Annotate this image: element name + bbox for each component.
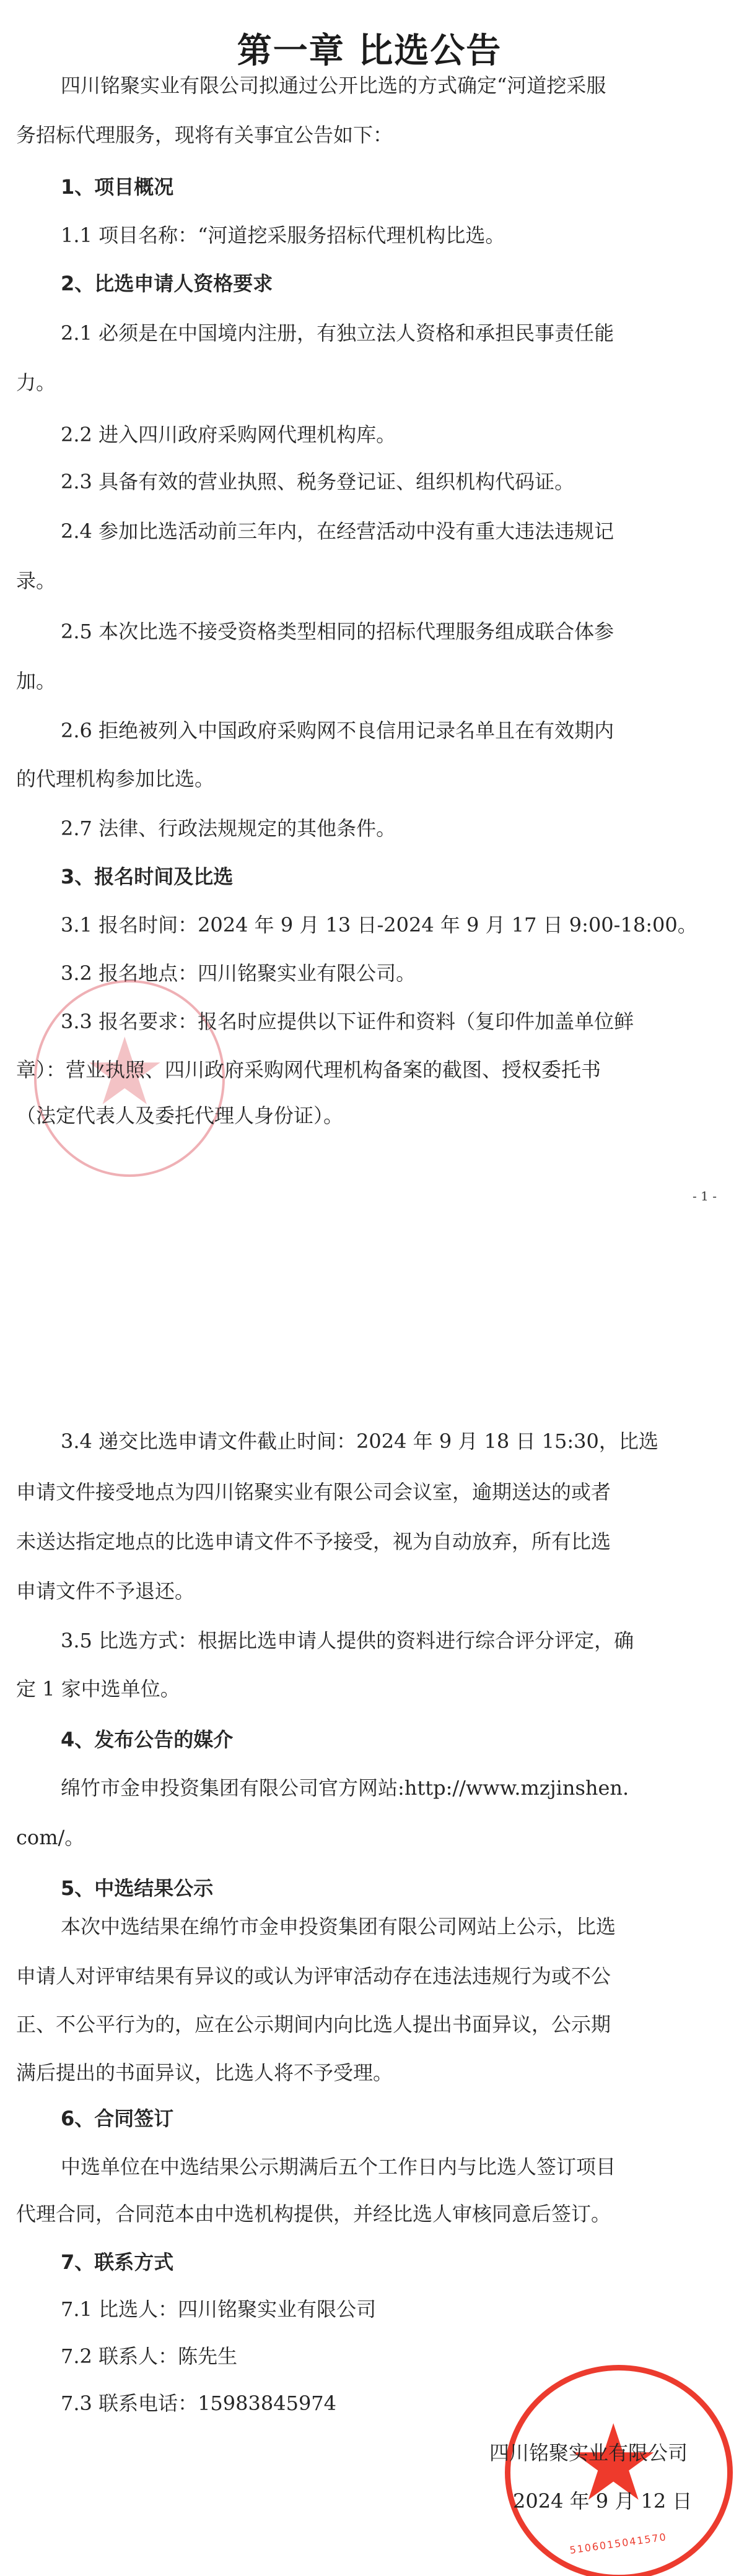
item-3-4: 3.4 递交比选申请文件截止时间：2024 年 9 月 18 日 15:30，比… [61,1429,658,1454]
section-heading-3: 3、报名时间及比选 [61,864,233,889]
contact-selector: 7.1 比选人：四川铭聚实业有限公司 [61,2297,376,2322]
section-heading-6: 6、合同签订 [61,2106,173,2131]
item-2-3: 2.3 具备有效的营业执照、税务登记证、组织机构代码证。 [61,469,574,494]
seal-code: 5106015041570 [569,2531,667,2556]
result-line-3: 正、不公平行为的，应在公示期间内向比选人提出书面异议，公示期 [16,2012,611,2037]
item-2-5-cont: 加。 [16,669,56,693]
item-2-6-cont: 的代理机构参加比选。 [16,766,214,791]
item-3-3: 3.3 报名要求：报名时应提供以下证件和资料（复印件加盖单位鲜 [61,1009,634,1034]
intro-line-2: 务招标代理服务，现将有关事宜公告如下： [16,123,393,147]
media-line-1: 绵竹市金申投资集团有限公司官方网站:http://www.mzjinshen. [61,1776,629,1800]
section-heading-1: 1、项目概况 [61,175,173,199]
contract-line-2: 代理合同，合同范本由中选机构提供，并经比选人审核同意后签订。 [16,2201,611,2226]
intro-line-1: 四川铭聚实业有限公司拟通过公开比选的方式确定“河道挖采服 [61,73,606,98]
section-heading-7: 7、联系方式 [61,2250,173,2275]
result-line-2: 申请人对评审结果有异议的或认为评审活动存在违法违规行为或不公 [16,1964,611,1988]
section-heading-2: 2、比选申请人资格要求 [61,271,273,296]
section-heading-5: 5、中选结果公示 [61,1876,213,1901]
item-3-4-cont-2: 未送达指定地点的比选申请文件不予接受，视为自动放弃，所有比选 [16,1529,611,1554]
item-3-4-cont-1: 申请文件接受地点为四川铭聚实业有限公司会议室，逾期送达的或者 [16,1480,611,1504]
signature-date: 2024 年 9 月 12 日 [513,2489,692,2513]
section-heading-4: 4、发布公告的媒介 [61,1727,233,1752]
page-title: 第一章 比选公告 [0,24,739,73]
contact-person: 7.2 联系人：陈先生 [61,2344,237,2369]
item-1-1: 1.1 项目名称：“河道挖采服务招标代理机构比选。 [61,223,505,248]
contact-phone: 7.3 联系电话：15983845974 [61,2391,336,2416]
item-2-4: 2.4 参加比选活动前三年内，在经营活动中没有重大违法违规记 [61,519,614,544]
item-2-5: 2.5 本次比选不接受资格类型相同的招标代理服务组成联合体参 [61,619,614,644]
item-2-4-cont: 录。 [16,568,56,593]
item-2-2: 2.2 进入四川政府采购网代理机构库。 [61,422,396,447]
item-3-4-cont-3: 申请文件不予退还。 [16,1579,195,1603]
item-2-1: 2.1 必须是在中国境内注册，有独立法人资格和承担民事责任能 [61,321,614,345]
item-3-3-cont-1: 章）：营业执照、四川政府采购网代理机构备案的截图、授权委托书 [16,1057,601,1082]
item-2-7: 2.7 法律、行政法规规定的其他条件。 [61,816,396,841]
item-2-6: 2.6 拒绝被列入中国政府采购网不良信用记录名单且在有效期内 [61,718,614,743]
contract-line-1: 中选单位在中选结果公示期满后五个工作日内与比选人签订项目 [61,2154,616,2179]
signature-company: 四川铭聚实业有限公司 [489,2440,688,2465]
item-3-3-cont-2: （法定代表人及委托代理人身份证）。 [16,1103,343,1128]
item-3-5: 3.5 比选方式：根据比选申请人提供的资料进行综合评分评定，确 [61,1628,634,1653]
result-line-4: 满后提出的书面异议，比选人将不予受理。 [16,2060,393,2085]
item-3-5-cont: 定 1 家中选单位。 [16,1676,180,1701]
company-seal: ★ 5106015041570 [505,2365,733,2576]
page-number: - 1 - [693,1189,717,1203]
item-3-1: 3.1 报名时间：2024 年 9 月 13 日-2024 年 9 月 17 日… [61,913,697,937]
media-line-2: com/。 [16,1825,84,1850]
result-line-1: 本次中选结果在绵竹市金申投资集团有限公司网站上公示，比选 [61,1914,616,1939]
item-2-1-cont: 力。 [16,370,56,395]
